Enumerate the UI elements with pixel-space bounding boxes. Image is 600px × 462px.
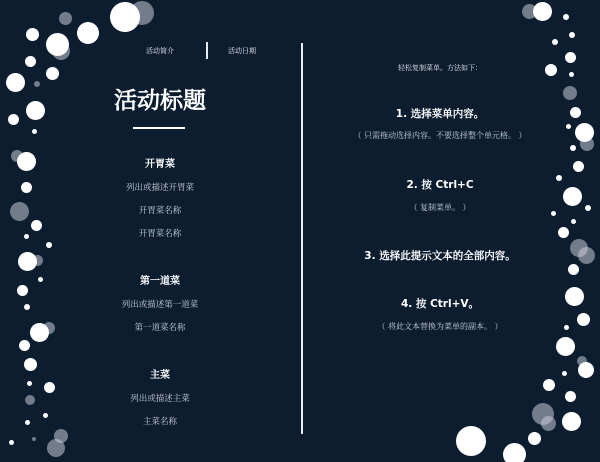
bubble-icon <box>571 219 576 224</box>
bubble-icon <box>32 255 43 266</box>
bubble-icon <box>556 337 575 356</box>
bubble-icon <box>34 81 40 87</box>
bubble-icon <box>46 242 52 248</box>
instructions-intro: 轻松复制菜单。方法如下： <box>320 63 560 73</box>
bubble-icon <box>563 187 582 206</box>
bubble-icon <box>503 443 526 462</box>
bubble-icon <box>541 416 556 431</box>
bubble-icon <box>77 22 99 44</box>
instruction-step: 3. 选择此提示文本的全部内容。 <box>320 248 560 263</box>
bubble-icon <box>573 161 584 172</box>
bubble-icon <box>54 429 68 443</box>
bubble-icon <box>31 220 42 231</box>
bubble-icon <box>562 412 581 431</box>
bubble-icon <box>43 322 55 334</box>
bubble-icon <box>565 391 576 402</box>
bubble-icon <box>38 277 43 282</box>
bubble-icon <box>532 403 554 425</box>
bubble-icon <box>10 202 29 221</box>
bubble-icon <box>6 73 25 92</box>
bubble-icon <box>577 356 587 366</box>
section-heading-main-course: 主菜 <box>60 366 260 381</box>
bubble-icon <box>577 313 590 326</box>
menu-page: 活动简介 活动日期 活动标题 开胃菜 列出或描述开胃菜 开胃菜名称 开胃菜名称 … <box>0 0 600 462</box>
instruction-note: （ 只需拖动选择内容。不要选择整个单元格。 ） <box>320 130 560 141</box>
bubble-icon <box>43 413 48 418</box>
tab-event-intro[interactable]: 活动简介 <box>146 46 174 56</box>
bubble-icon <box>27 381 32 386</box>
bubble-icon <box>9 440 14 445</box>
bubble-icon <box>24 358 37 371</box>
bubble-icon <box>46 67 59 80</box>
instruction-step: 4. 按 Ctrl+V。 <box>320 296 560 311</box>
bubble-icon <box>566 124 571 129</box>
bubble-icon <box>17 152 36 171</box>
column-divider <box>301 43 303 434</box>
bubble-icon <box>21 182 32 193</box>
bubble-icon <box>8 114 19 125</box>
section-heading-first-course: 第一道菜 <box>60 272 260 287</box>
menu-item: 开胃菜名称 <box>60 204 260 216</box>
bubble-icon <box>24 304 30 310</box>
bubble-icon <box>47 439 65 457</box>
bubble-icon <box>25 56 36 67</box>
section-heading-appetizer: 开胃菜 <box>60 155 260 170</box>
bubble-icon <box>19 340 30 351</box>
bubble-icon <box>26 28 39 41</box>
menu-item: 开胃菜名称 <box>60 227 260 239</box>
bubble-icon <box>46 33 69 56</box>
menu-item: 列出或描述第一道菜 <box>60 298 260 310</box>
bubble-icon <box>575 123 594 142</box>
bubble-icon <box>578 362 594 378</box>
bubble-icon <box>522 4 537 19</box>
bubble-icon <box>552 39 558 45</box>
menu-item: 第一道菜名称 <box>60 321 260 333</box>
instruction-step: 1. 选择菜单内容。 <box>320 106 560 121</box>
bubble-icon <box>558 227 569 238</box>
tab-event-date[interactable]: 活动日期 <box>228 46 256 56</box>
menu-item: 列出或描述主菜 <box>60 392 260 404</box>
bubble-icon <box>568 264 579 275</box>
header-tabs: 活动简介 活动日期 <box>110 42 302 62</box>
bubble-icon <box>569 72 574 77</box>
bubble-icon <box>17 285 28 296</box>
bubble-icon <box>30 323 49 342</box>
instruction-step: 2. 按 Ctrl+C <box>320 177 560 192</box>
bubble-icon <box>18 252 37 271</box>
instruction-note: （ 将此文本替换为菜单的副本。 ） <box>320 321 560 332</box>
bubble-icon <box>59 12 72 25</box>
bubble-icon <box>456 426 486 456</box>
title-underline <box>133 127 185 129</box>
event-title: 活动标题 <box>60 82 260 115</box>
bubble-icon <box>52 42 70 60</box>
bubble-icon <box>562 371 567 376</box>
bubble-icon <box>24 234 29 239</box>
menu-item: 主菜名称 <box>60 415 260 427</box>
bubble-icon <box>32 129 37 134</box>
bubble-icon <box>570 239 588 257</box>
bubble-icon <box>110 2 140 32</box>
bubble-icon <box>565 52 576 63</box>
bubble-icon <box>570 107 581 118</box>
bubble-icon <box>533 2 552 21</box>
bubble-icon <box>580 137 594 151</box>
bubble-icon <box>569 32 575 38</box>
bubble-icon <box>11 150 23 162</box>
bubble-icon <box>570 145 576 151</box>
menu-item: 列出或描述开胃菜 <box>60 181 260 193</box>
bubble-icon <box>564 325 569 330</box>
bubble-icon <box>578 247 595 264</box>
bubble-icon <box>25 420 30 425</box>
bubble-icon <box>26 101 45 120</box>
bubble-icon <box>563 86 577 100</box>
bubble-icon <box>44 382 55 393</box>
bubble-icon <box>563 14 569 20</box>
tab-divider <box>206 42 208 59</box>
bubble-icon <box>32 437 36 441</box>
bubble-icon <box>543 379 555 391</box>
bubble-icon <box>130 1 154 25</box>
bubble-icon <box>565 287 584 306</box>
instruction-note: （ 复制菜单。 ） <box>320 202 560 213</box>
bubble-icon <box>585 205 591 211</box>
bubble-icon <box>25 395 35 405</box>
bubble-icon <box>528 432 541 445</box>
